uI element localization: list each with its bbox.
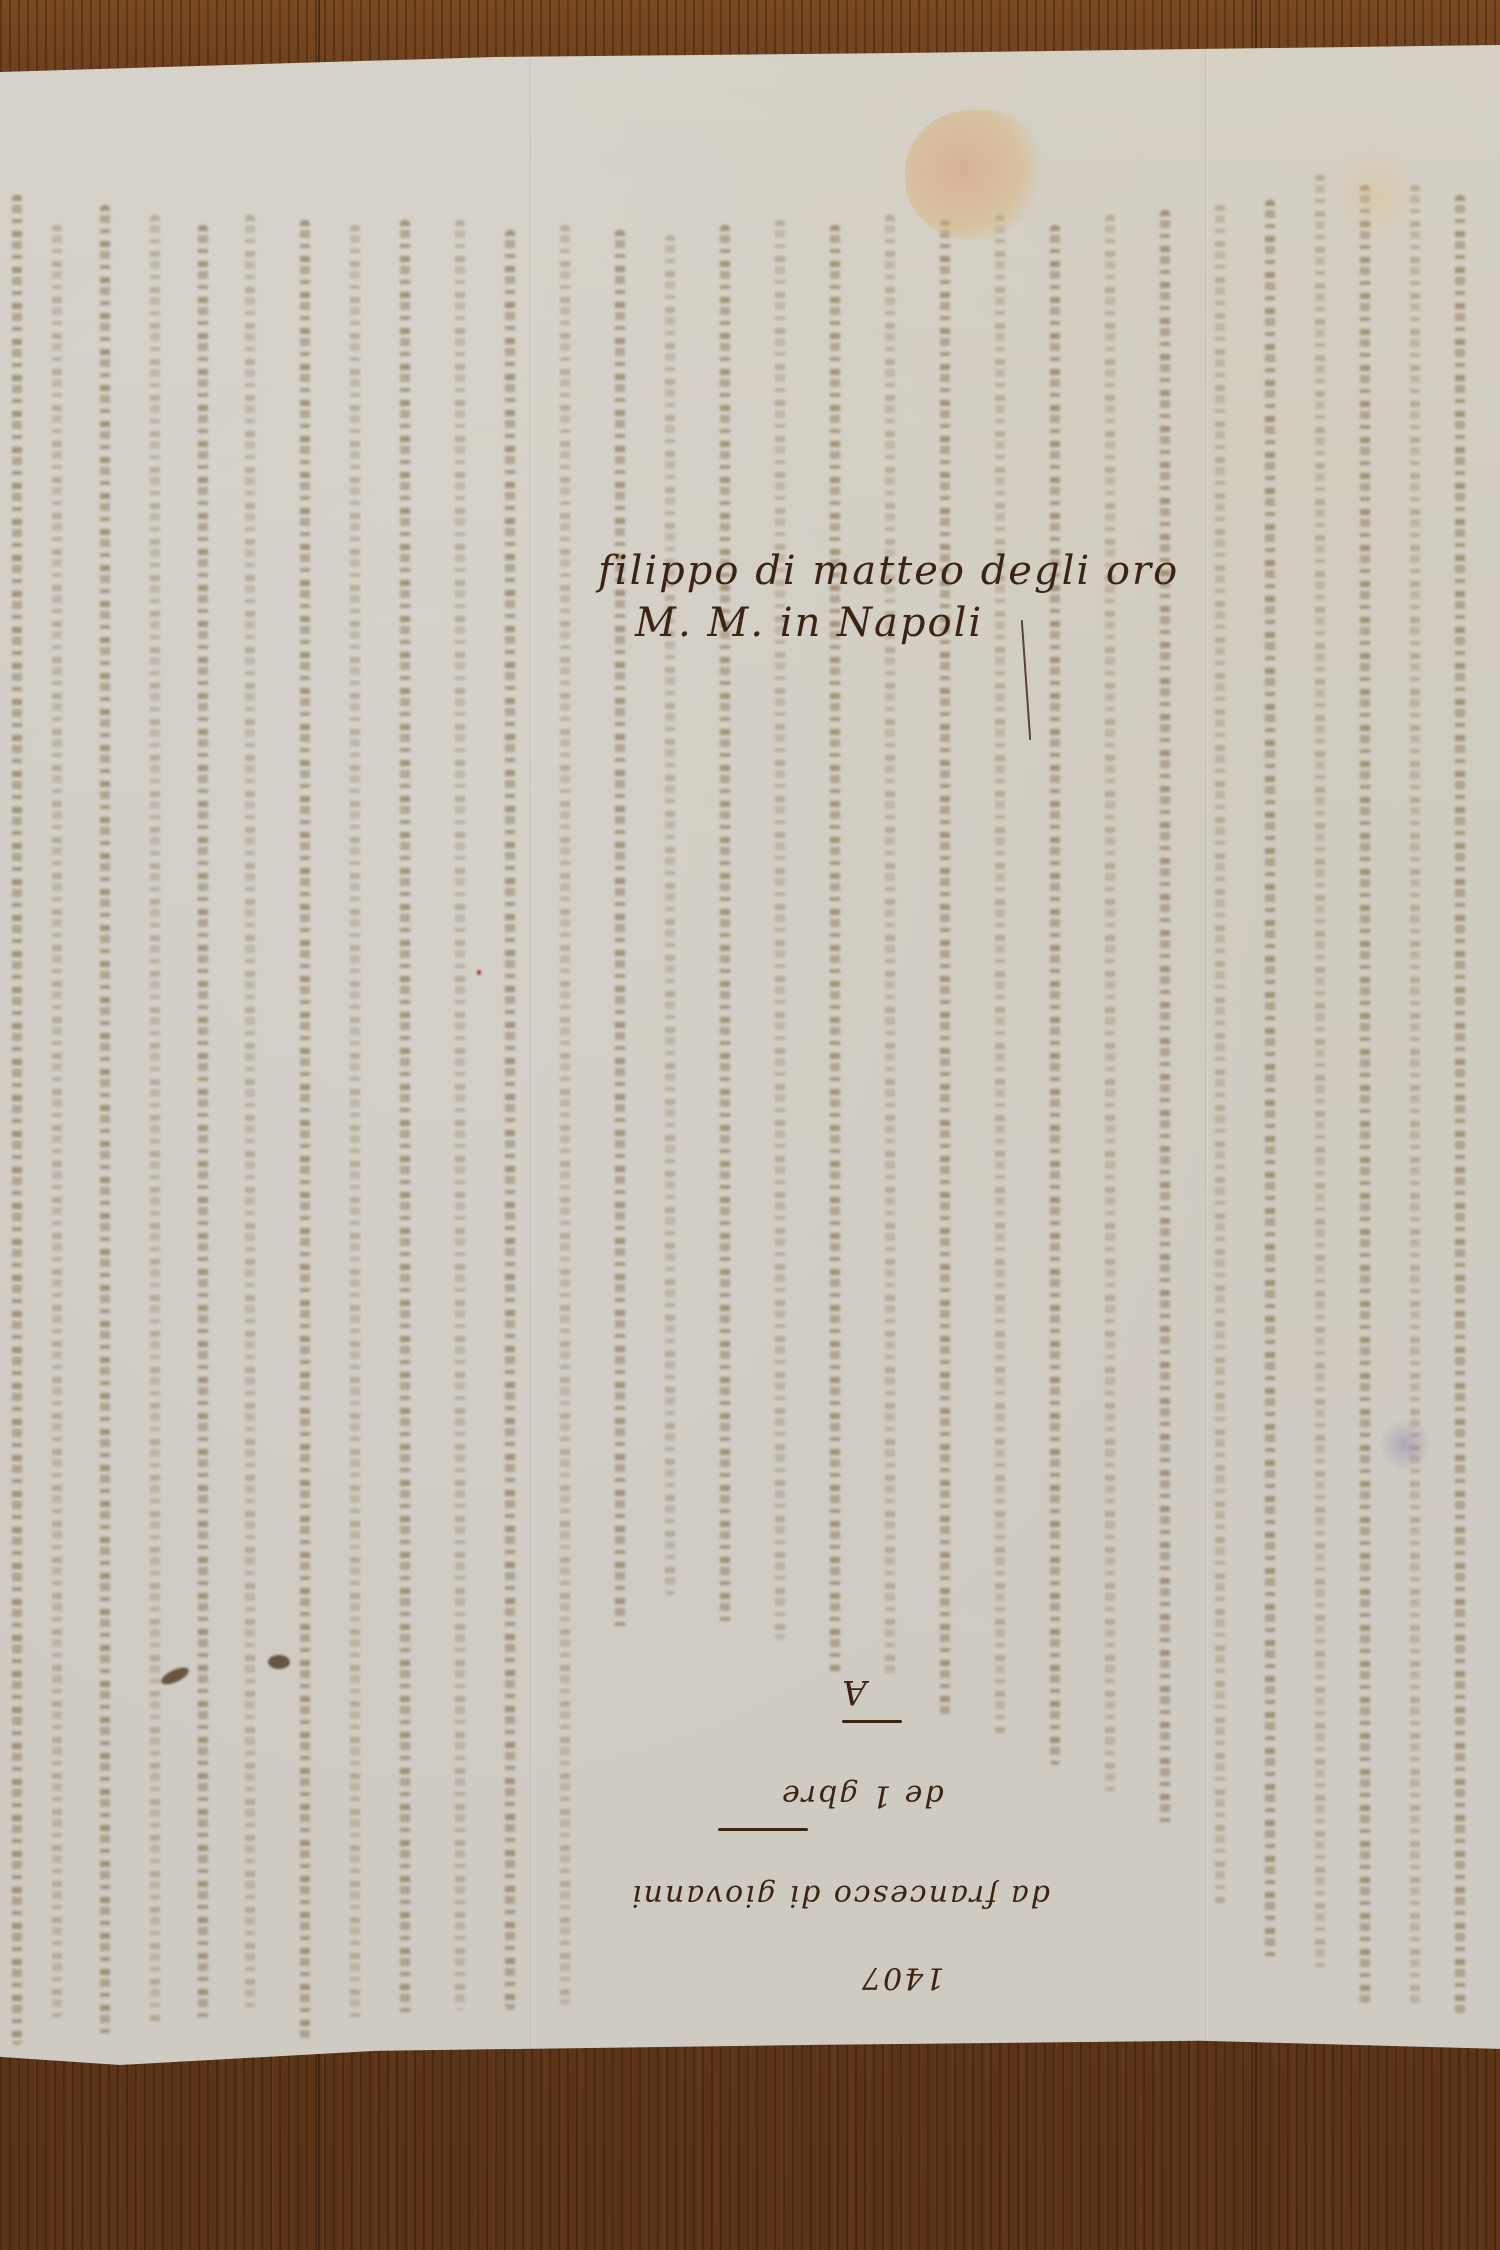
bleed-through-text-column [245,215,255,2015]
address-line-1: filippo di matteo degli oro [598,548,1179,594]
docket-flourish [718,1828,808,1831]
bleed-through-text-column [455,220,465,2010]
address-line-2: M. M. in Napoli [635,600,983,646]
bleed-through-text-column [1050,225,1060,1765]
bleed-through-text-column [1105,215,1115,1795]
bleed-through-text-column [885,215,895,1675]
bleed-through-text-column [1215,205,1225,1905]
red-speck [477,970,481,975]
bleed-through-text-column [995,215,1005,1735]
bleed-through-text-column [1160,210,1170,1830]
docket-line-1: A [840,1672,867,1712]
red-wax-stain [905,110,1045,240]
bleed-through-text-column [198,225,208,2025]
bleed-through-text-column [1265,200,1275,1960]
bleed-through-text-column [300,220,310,2040]
yellow-stain [1340,140,1410,250]
bleed-through-text-column [560,225,570,2005]
docket-line-3: da francesco di giovanni [630,1878,1050,1913]
bleed-through-text-column [940,220,950,1720]
bleed-through-text-column [615,230,625,1630]
purple-stain [1380,1415,1430,1475]
ink-blot [268,1655,290,1669]
bleed-through-text-column [350,225,360,2025]
docket-line-2: de 1 gbre [780,1778,944,1813]
bleed-through-text-column [52,225,62,2025]
ink-blot [159,1664,191,1688]
docket-line-4: 1407 [860,1960,944,1995]
docket-flourish [842,1720,902,1723]
bleed-through-text-column [830,225,840,1675]
bleed-through-text-column [1315,175,1325,1975]
bleed-through-text-column [505,230,515,2010]
bleed-through-text-column [100,205,110,2035]
bleed-through-text-column [775,220,785,1640]
bleed-through-text-column [1455,195,1465,2015]
bleed-through-text-column [400,220,410,2020]
bleed-through-text-column [1360,185,1370,2005]
bleed-through-text-column [665,235,675,1595]
bleed-through-text-column [720,225,730,1625]
fold-line-vertical [1205,45,1208,2065]
bleed-through-text-column [150,215,160,2025]
bleed-through-text-column [12,195,22,2045]
fold-line-vertical [530,45,533,2065]
bleed-through-text-column [1410,185,1420,2005]
manuscript-sheet [0,45,1500,2065]
